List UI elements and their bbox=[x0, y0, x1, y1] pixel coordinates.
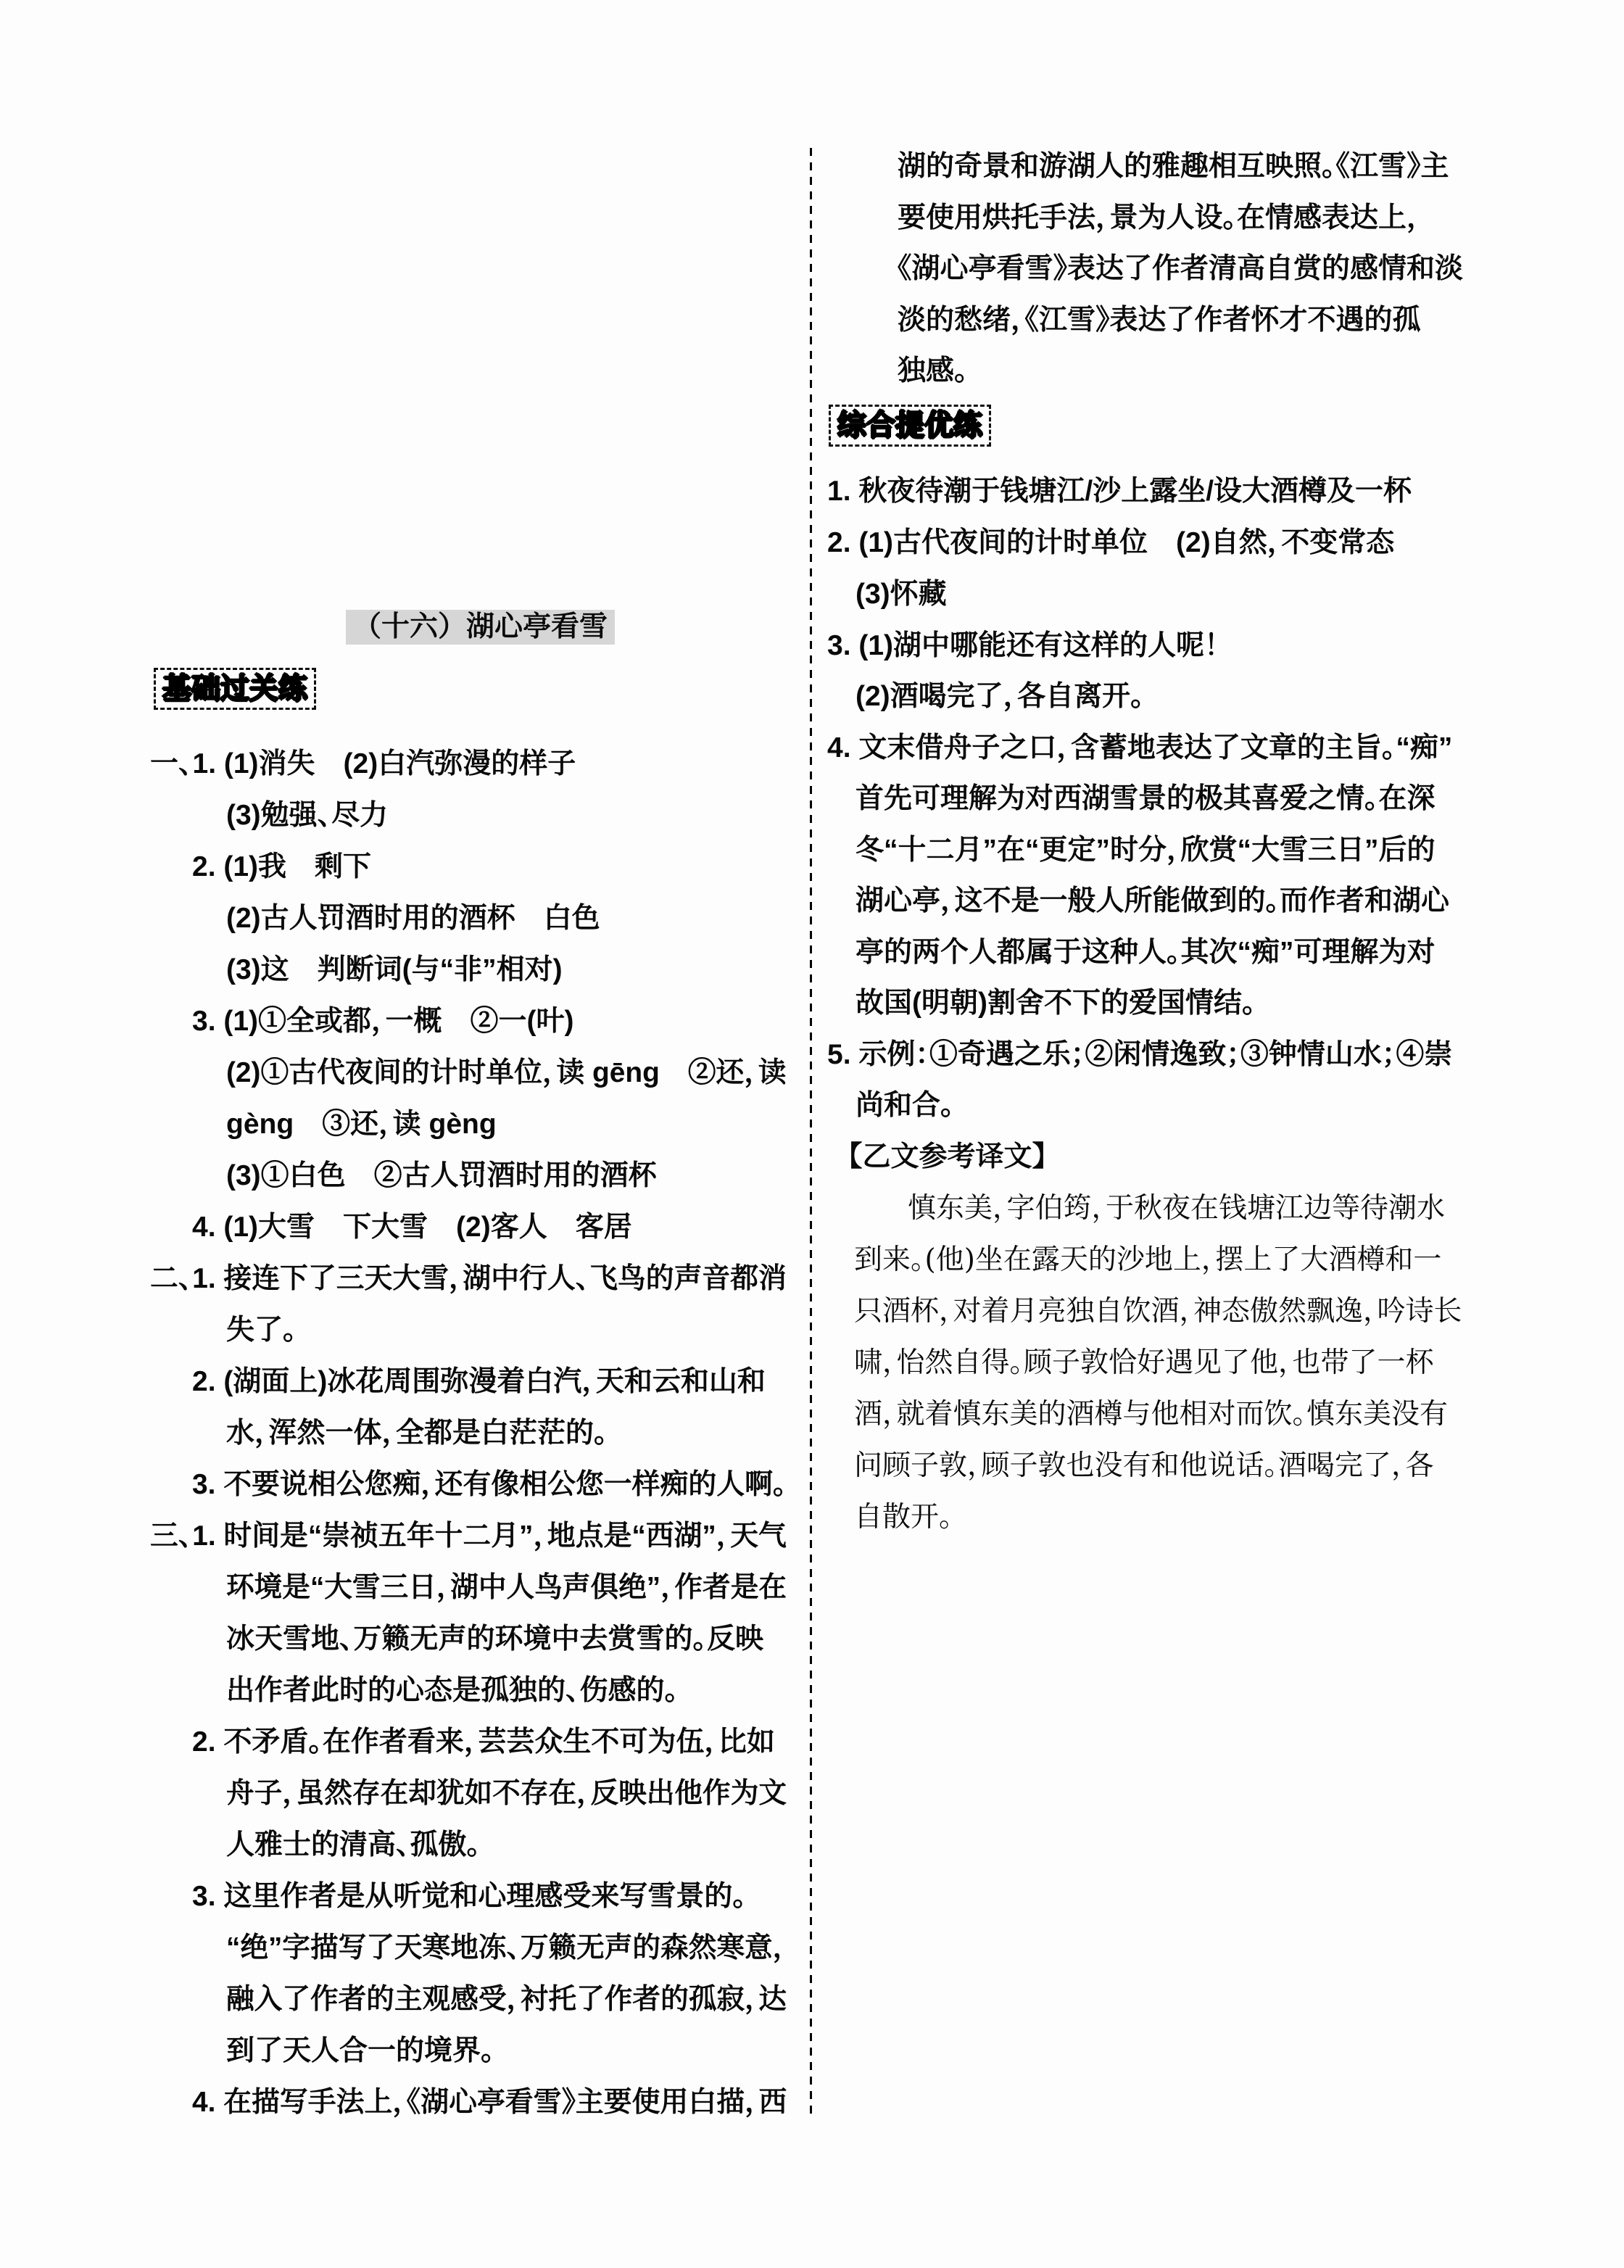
text-line: 三、1. 时间是“崇祯五年十二月”，地点是“西湖”，天气 bbox=[150, 1520, 787, 1553]
text-line: 舟子，虽然存在却犹如不存在，反映出他作为文 bbox=[226, 1777, 787, 1810]
text-line: 一、1. (1)消失 (2)白汽弥漫的样子 bbox=[150, 748, 576, 781]
text-line: 水，浑然一体，全都是白茫茫的。 bbox=[226, 1417, 608, 1450]
workbook-answer-page: （十六）湖心亭看雪 基础过关练 综合提优练 一、1. (1)消失 (2)白汽弥漫… bbox=[0, 0, 1624, 2268]
text-line: (3)这 判断词(与“非”相对) bbox=[226, 953, 563, 987]
text-line: 亭的两个人都属于这种人。其次“痴”可理解为对 bbox=[855, 936, 1435, 969]
text-line: 4. 文末借舟子之口，含蓄地表达了文章的主旨。“痴” bbox=[827, 732, 1452, 765]
text-line: 2. 不矛盾。在作者看来，芸芸众生不可为伍，比如 bbox=[192, 1726, 775, 1759]
text-line: 到了天人合一的境界。 bbox=[226, 2035, 495, 2068]
text-line: 《湖心亭看雪》表达了作者清高自赏的感情和淡 bbox=[898, 252, 1463, 286]
text-line: 二、1. 接连下了三天大雪，湖中行人、飞鸟的声音都消 bbox=[150, 1262, 787, 1296]
text-line: (2)酒喝完了，各自离开。 bbox=[855, 680, 1145, 713]
text-line: 淡的愁绪，《江雪》表达了作者怀才不遇的孤 bbox=[898, 304, 1421, 337]
text-line: 啸，怡然自得。顾子敦恰好遇见了他，也带了一杯 bbox=[854, 1346, 1434, 1380]
text-line: 自散开。 bbox=[854, 1501, 953, 1534]
text-line: 1. 秋夜待潮于钱塘江/沙上露坐/设大酒樽及一杯 bbox=[827, 475, 1412, 508]
text-line: 慎东美，字伯筠，于秋夜在钱塘江边等待潮水 bbox=[908, 1192, 1445, 1225]
text-line: 首先可理解为对西湖雪景的极其喜爱之情。在深 bbox=[855, 782, 1435, 816]
text-line: “绝”字描写了天寒地冻、万籁无声的森然寒意， bbox=[226, 1932, 787, 1965]
text-line: 5. 示例：①奇遇之乐；②闲情逸致；③钟情山水；④崇 bbox=[827, 1038, 1452, 1072]
text-line: 到来。(他)坐在露天的沙地上，摆上了大酒樽和一 bbox=[854, 1243, 1441, 1277]
text-line: 3. 这里作者是从听觉和心理感受来写雪景的。 bbox=[192, 1880, 747, 1913]
text-line: 人雅士的清高、孤傲。 bbox=[226, 1829, 481, 1862]
text-line: 2. (1)我 剩下 bbox=[192, 850, 371, 884]
text-line: 2. (1)古代夜间的计时单位 (2)自然，不变常态 bbox=[827, 526, 1394, 560]
text-line: 故国(明朝)割舍不下的爱国情结。 bbox=[855, 987, 1256, 1020]
text-line: 3. (1)湖中哪能还有这样的人呢！ bbox=[827, 629, 1219, 663]
text-line: 融入了作者的主观感受，衬托了作者的孤寂，达 bbox=[226, 1983, 787, 2016]
text-line: 湖的奇景和游湖人的雅趣相互映照。《江雪》主 bbox=[898, 150, 1449, 183]
column-divider-dashed-line bbox=[810, 148, 812, 2117]
text-line: 冬“十二月”在“更定”时分，欣赏“大雪三日”后的 bbox=[855, 834, 1435, 867]
text-line: 环境是“大雪三日，湖中人鸟声俱绝”，作者是在 bbox=[226, 1571, 787, 1605]
text-line: 要使用烘托手法，景为人设。在情感表达上， bbox=[898, 202, 1421, 235]
text-line: 4. (1)大雪 下大雪 (2)客人 客居 bbox=[192, 1211, 632, 1244]
text-line: (3)①白色 ②古人罚酒时用的酒杯 bbox=[226, 1159, 657, 1193]
text-line: 湖心亭，这不是一般人所能做到的。而作者和湖心 bbox=[855, 885, 1449, 918]
section-label-comprehensive-practice: 综合提优练 bbox=[829, 405, 991, 447]
text-line: (2)①古代夜间的计时单位，读 gēng ②还，读 bbox=[226, 1056, 787, 1090]
text-line: (2)古人罚酒时用的酒杯 白色 bbox=[226, 902, 600, 935]
text-line: 2. (湖面上)冰花周围弥漫着白汽，天和云和山和 bbox=[192, 1365, 766, 1399]
lesson-title: （十六）湖心亭看雪 bbox=[346, 610, 615, 645]
text-line: 只酒杯，对着月亮独自饮酒，神态傲然飘逸，吟诗长 bbox=[854, 1295, 1462, 1328]
text-line: 失了。 bbox=[226, 1314, 297, 1347]
text-line: (3)勉强、尽力 bbox=[226, 799, 388, 832]
text-line: 出作者此时的心态是孤独的、伤感的。 bbox=[226, 1674, 679, 1708]
text-line: 3. (1)①全或都，一概 ②一(叶) bbox=[192, 1005, 574, 1038]
text-line: gèng ③还，读 gèng bbox=[226, 1108, 497, 1141]
text-line: (3)怀藏 bbox=[855, 578, 947, 611]
text-line: 冰天雪地、万籁无声的环境中去赏雪的。反映 bbox=[226, 1623, 763, 1656]
text-line: 3. 不要说相公您痴，还有像相公您一样痴的人啊。 bbox=[192, 1468, 787, 1502]
section-label-basic-practice: 基础过关练 bbox=[154, 668, 316, 710]
text-line: 问顾子敦，顾子敦也没有和他说话。酒喝完了，各 bbox=[854, 1449, 1434, 1483]
text-line: 独感。 bbox=[898, 355, 969, 388]
text-line: 【乙文参考译文】 bbox=[848, 1141, 1046, 1174]
text-line: 尚和合。 bbox=[855, 1089, 955, 1122]
text-line: 酒，就着慎东美的酒樽与他相对而饮。慎东美没有 bbox=[854, 1398, 1448, 1431]
text-line: 4. 在描写手法上，《湖心亭看雪》主要使用白描，西 bbox=[192, 2086, 787, 2119]
